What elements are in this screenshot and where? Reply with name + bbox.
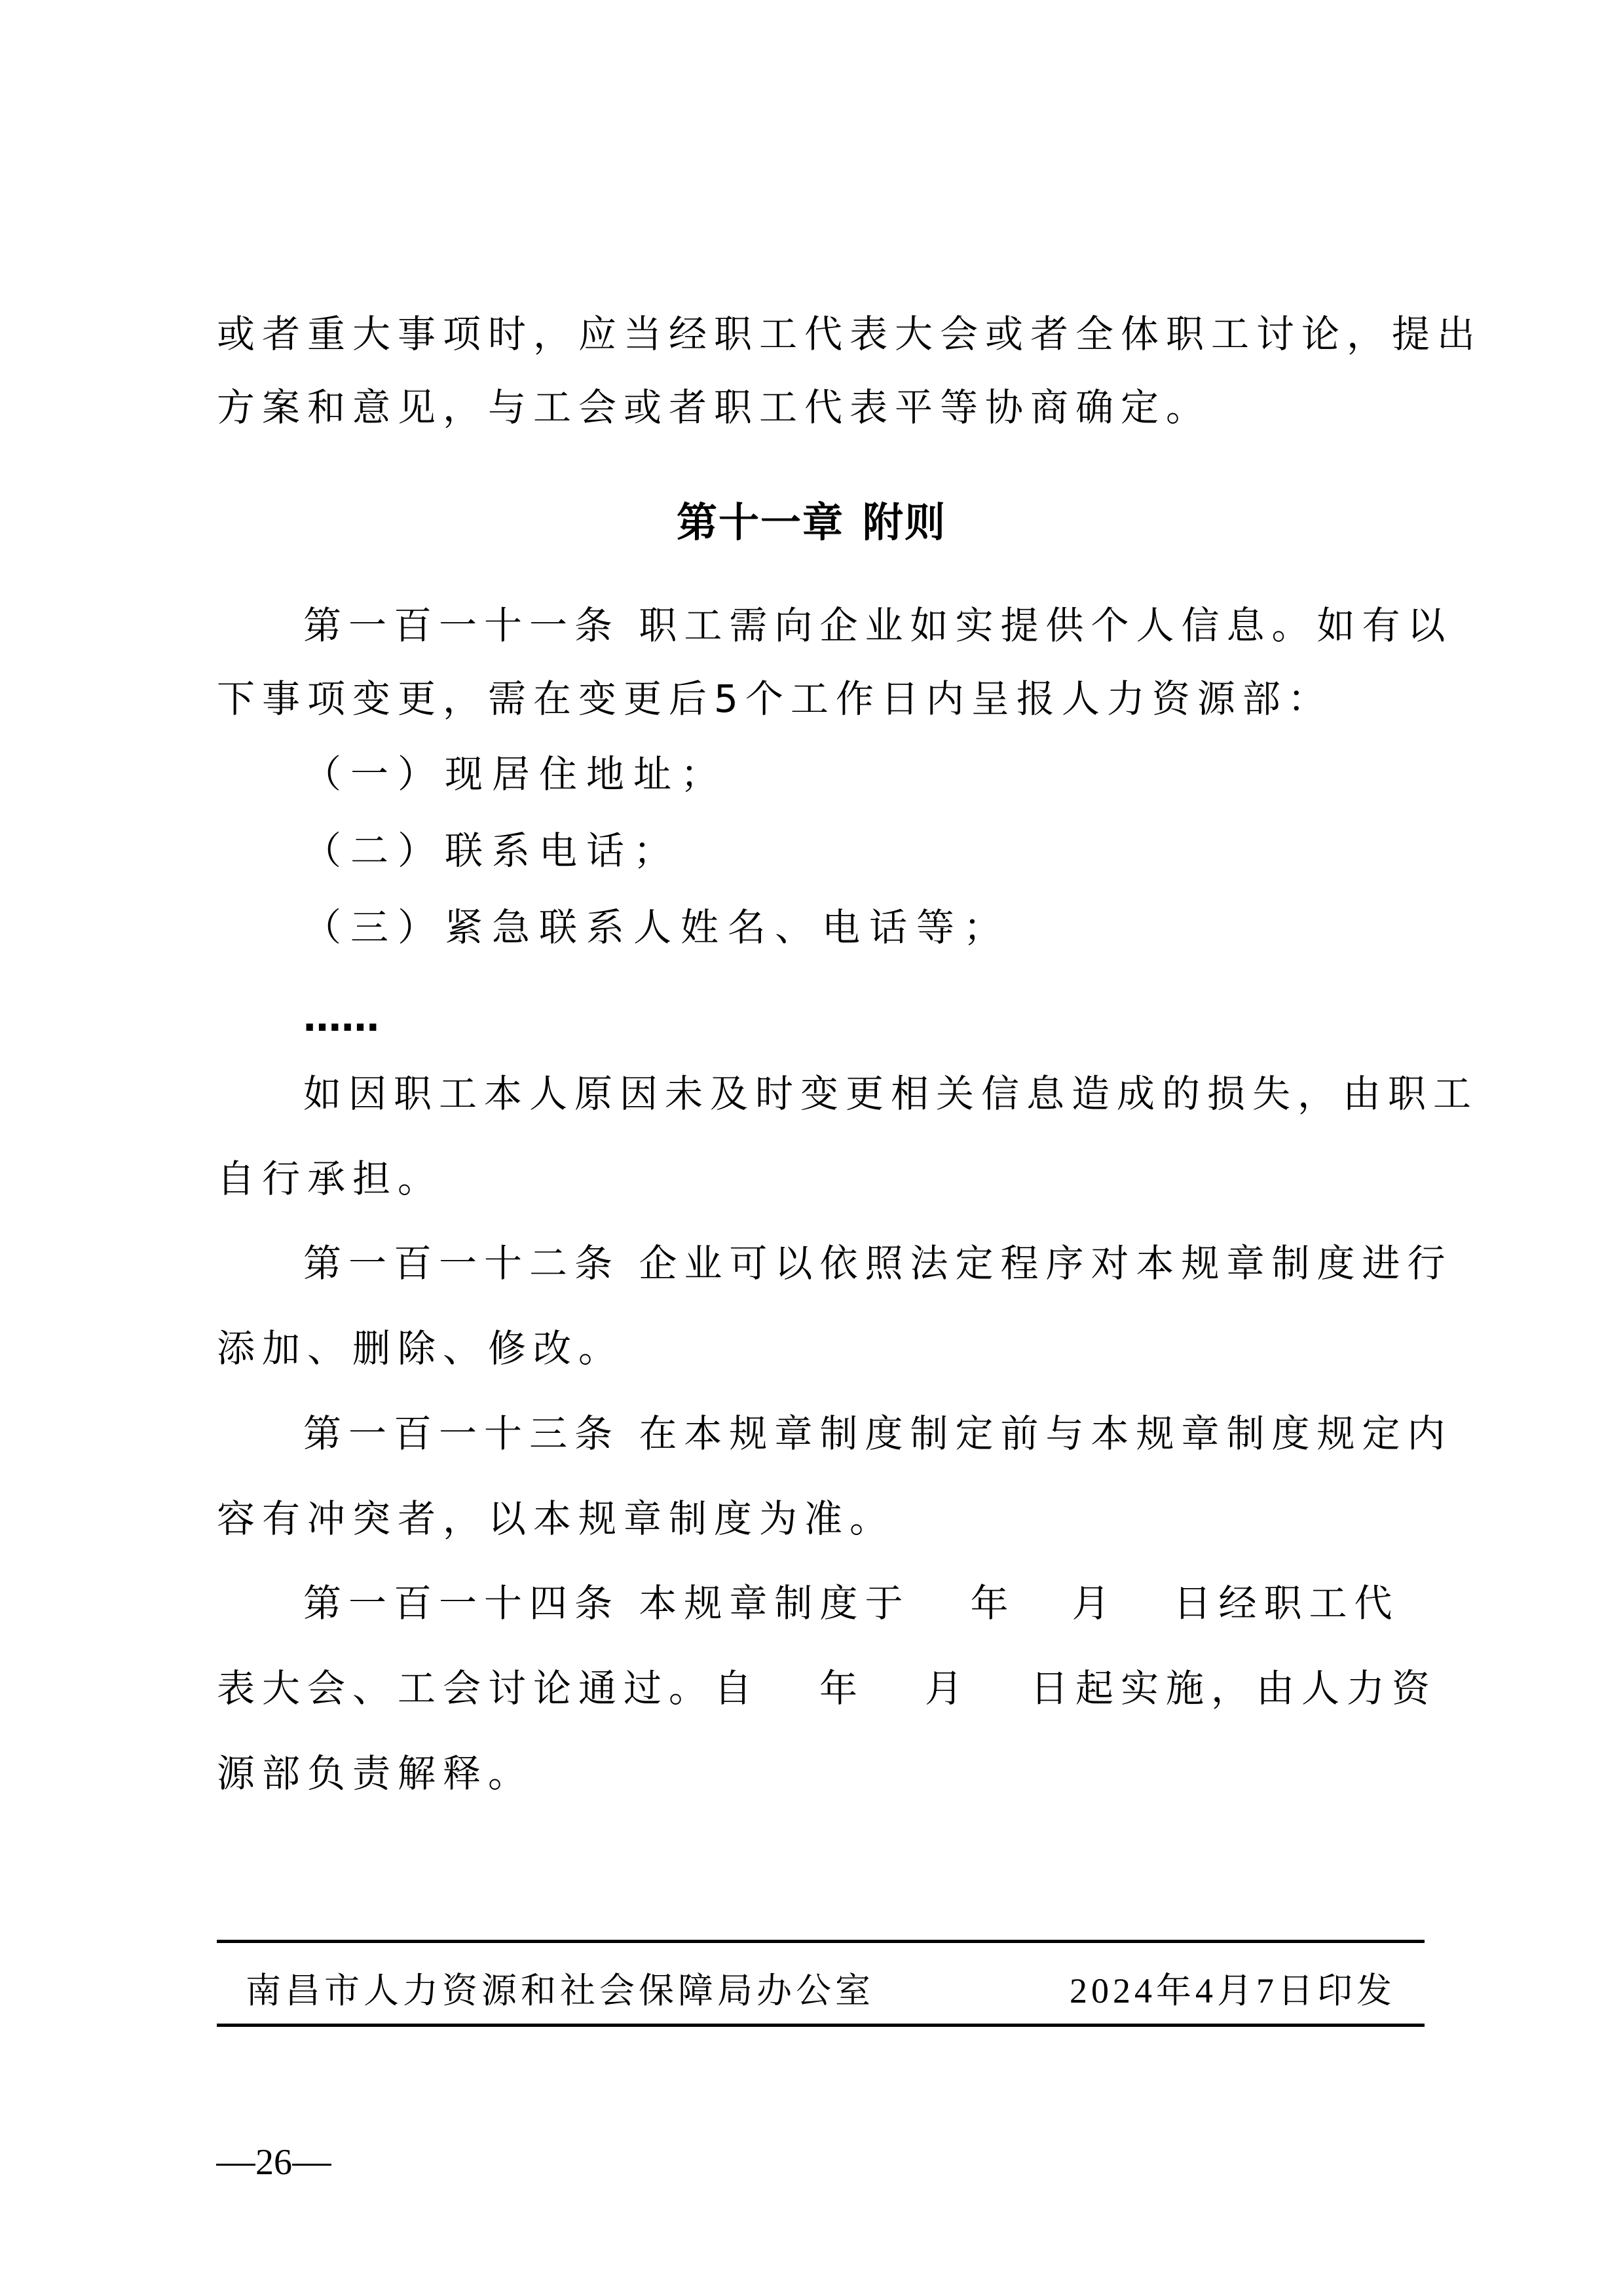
article-113-line-2: 容有冲突者，以本规章制度为准。 xyxy=(217,1498,1425,1540)
article-114-line-2: 表大会、工会讨论通过。自年月日起实施，由人力资 xyxy=(217,1667,1425,1709)
article-111-item-3: （三）紧急联系人姓名、电话等； xyxy=(303,906,1511,948)
document-page: 或者重大事项时，应当经职工代表大会或者全体职工讨论，提出 方案和意见，与工会或者… xyxy=(0,0,1623,2296)
footer-issuer: 南昌市人力资源和社会保障局办公室 xyxy=(246,1970,874,2012)
article-112-line-2: 添加、删除、修改。 xyxy=(217,1327,1425,1369)
chapter-heading: 第十一章附则 xyxy=(0,500,1623,546)
article-111-item-2: （二）联系电话； xyxy=(303,830,1511,872)
article-111-note-line-1: 如因职工本人原因未及时变更相关信息造成的损失，由职工 xyxy=(303,1073,1511,1115)
article-114-line-1-month: 月 xyxy=(1072,1581,1117,1625)
page-number-left-dash xyxy=(216,2164,255,2166)
chapter-title: 附则 xyxy=(863,500,946,546)
article-114-line-1-b: 日经职工代 xyxy=(1173,1581,1399,1625)
article-114-line-1-year: 年 xyxy=(970,1581,1015,1625)
paragraph-continuation-line-1: 或者重大事项时，应当经职工代表大会或者全体职工讨论，提出 xyxy=(217,313,1425,355)
footer-bottom-rule xyxy=(217,2024,1425,2027)
footer-issuance-row: 南昌市人力资源和社会保障局办公室 2024年4月7日印发 xyxy=(217,1970,1425,2012)
footer-top-rule xyxy=(217,1940,1425,1943)
article-114-line-2-b: 日起实施，由人力资 xyxy=(1030,1666,1437,1711)
footer-print-date: 2024年4月7日印发 xyxy=(1070,1970,1396,2012)
page-number: 26 xyxy=(216,2141,331,2183)
article-114-line-3: 源部负责解释。 xyxy=(217,1752,1425,1794)
article-114-line-2-month: 月 xyxy=(925,1666,970,1711)
article-114-line-2-year: 年 xyxy=(819,1666,865,1711)
page-number-right-dash xyxy=(292,2164,331,2166)
article-112-line-1: 第一百一十二条 企业可以依照法定程序对本规章制度进行 xyxy=(303,1242,1511,1284)
article-113-line-1: 第一百一十三条 在本规章制度制定前与本规章制度规定内 xyxy=(303,1413,1511,1454)
article-114-line-1-a: 第一百一十四条 本规章制度于 xyxy=(303,1581,910,1625)
chapter-number: 第十一章 xyxy=(677,500,844,546)
article-111-note-line-2: 自行承担。 xyxy=(217,1158,1425,1200)
article-114-line-2-a: 表大会、工会讨论通过。自 xyxy=(217,1666,759,1711)
page-number-value: 26 xyxy=(255,2142,292,2183)
article-111-item-1: （一）现居住地址； xyxy=(303,753,1511,795)
article-111-line-1: 第一百一十一条 职工需向企业如实提供个人信息。如有以 xyxy=(303,604,1511,646)
article-114-line-1: 第一百一十四条 本规章制度于年月日经职工代 xyxy=(303,1582,1511,1624)
ellipsis: …… xyxy=(303,997,379,1039)
article-111-line-2: 下事项变更，需在变更后5个工作日内呈报人力资源部： xyxy=(217,678,1425,720)
paragraph-continuation-line-2: 方案和意见，与工会或者职工代表平等协商确定。 xyxy=(217,386,1425,428)
